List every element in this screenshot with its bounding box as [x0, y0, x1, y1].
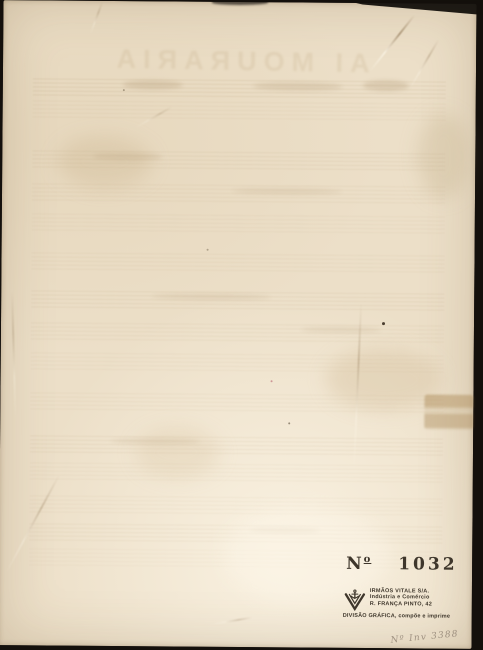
- speck: [207, 249, 209, 251]
- tape-residue-stain: [424, 394, 473, 429]
- speck: [382, 322, 385, 325]
- ghost-staff: [30, 495, 443, 515]
- photographed-sheet-music-back-cover: { "plate": { "no_prefix": "N", "no_ordin…: [0, 0, 483, 650]
- age-blotch: [135, 426, 220, 479]
- publisher-division: DIVISÃO GRÁFICA, compõe e imprime: [343, 613, 475, 620]
- top-edge-notch: [212, 0, 268, 5]
- paper-crease: [211, 616, 253, 625]
- speck: [288, 422, 290, 424]
- aged-paper-page: AI MOURARIA No 1032: [0, 0, 477, 649]
- speck: [271, 380, 273, 382]
- handwritten-inventory-note: Nº Inv 3388: [390, 629, 459, 646]
- numero-sign: No: [346, 554, 371, 574]
- ghost-staff: [30, 462, 443, 482]
- age-blotch: [417, 113, 470, 198]
- ghost-notes-smudge: [363, 80, 409, 91]
- publisher-imprint: IRMÃOS VITALE S/A. Indústria e Comércio …: [343, 588, 475, 620]
- showthrough-title: AI MOURARIA: [3, 42, 476, 82]
- ghost-staff: [31, 322, 444, 342]
- age-blotch: [57, 136, 152, 189]
- speck: [123, 89, 125, 91]
- ghost-staff: [32, 213, 445, 233]
- paper-crease: [90, 2, 104, 35]
- publisher-line3: R. FRANÇA PINTO, 42: [370, 601, 432, 608]
- plate-number-line: No 1032: [346, 554, 458, 575]
- paper-crease: [11, 290, 17, 420]
- ordinal-o: o: [364, 554, 372, 565]
- ghost-staff: [30, 435, 443, 455]
- ghost-staff: [33, 100, 446, 120]
- ghost-staff: [31, 252, 444, 272]
- plate-number: 1032: [398, 554, 457, 574]
- publisher-logo-anchor-icon: [343, 589, 367, 611]
